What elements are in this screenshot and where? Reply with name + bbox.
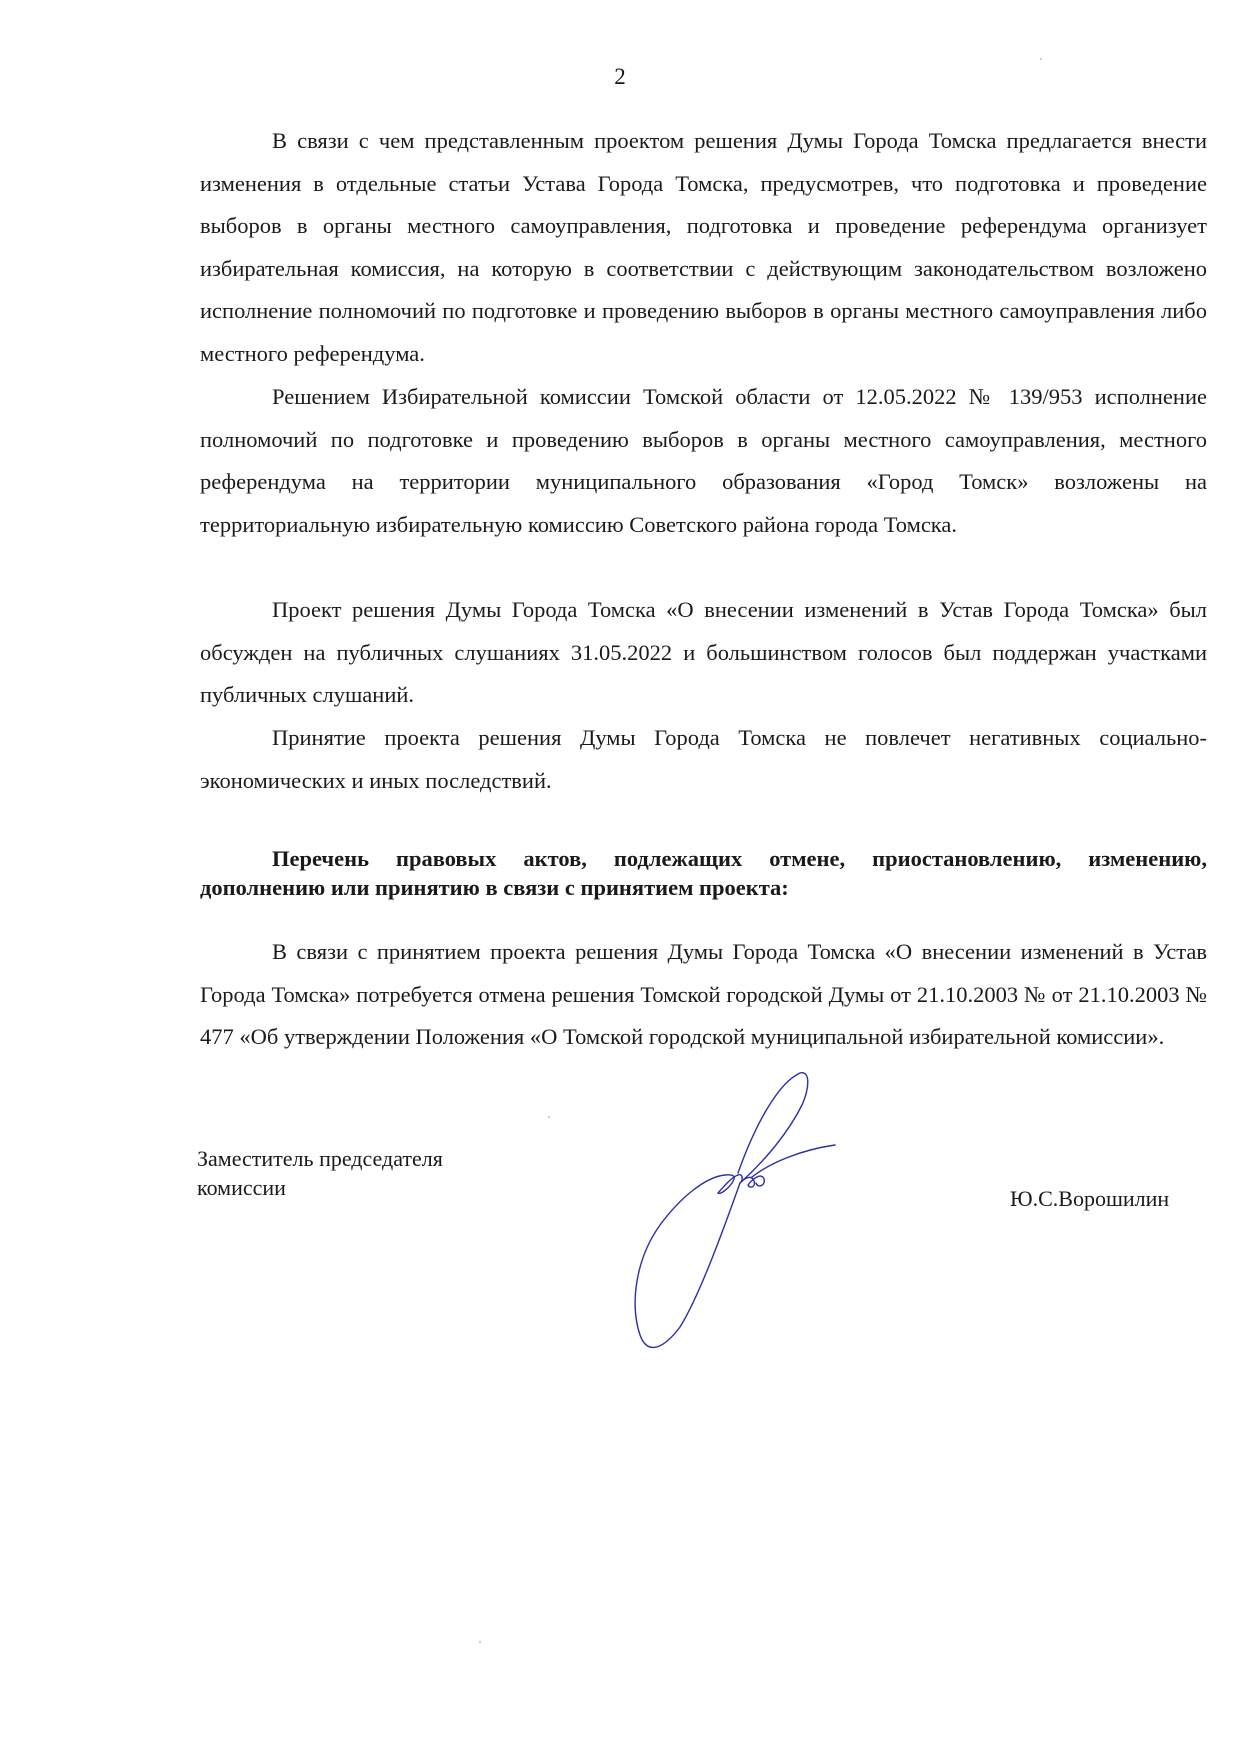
scan-artifact bbox=[1040, 58, 1042, 60]
document-page: 2 В связи с чем представленным проектом … bbox=[0, 0, 1240, 1753]
paragraph-3: Проект решения Думы Города Томска «О вне… bbox=[200, 589, 1207, 717]
handwritten-signature bbox=[560, 1065, 940, 1355]
scan-artifact bbox=[479, 1641, 481, 1643]
signatory-title: Заместитель председателя комиссии bbox=[197, 1144, 443, 1202]
section-heading: Перечень правовых актов, подлежащих отме… bbox=[200, 844, 1207, 902]
paragraph-1: В связи с чем представленным проектом ре… bbox=[200, 120, 1207, 376]
signatory-title-line-1: Заместитель председателя bbox=[197, 1144, 443, 1173]
signatory-title-line-2: комиссии bbox=[197, 1173, 443, 1202]
page-number: 2 bbox=[0, 62, 1240, 92]
paragraph-2: Решением Избирательной комиссии Томской … bbox=[200, 376, 1207, 546]
signatory-name: Ю.С.Ворошилин bbox=[1010, 1184, 1169, 1213]
scan-artifact bbox=[548, 1116, 550, 1118]
paragraph-4: Принятие проекта решения Думы Города Том… bbox=[200, 717, 1207, 802]
section-paragraph: В связи с принятием проекта решения Думы… bbox=[200, 931, 1207, 1059]
